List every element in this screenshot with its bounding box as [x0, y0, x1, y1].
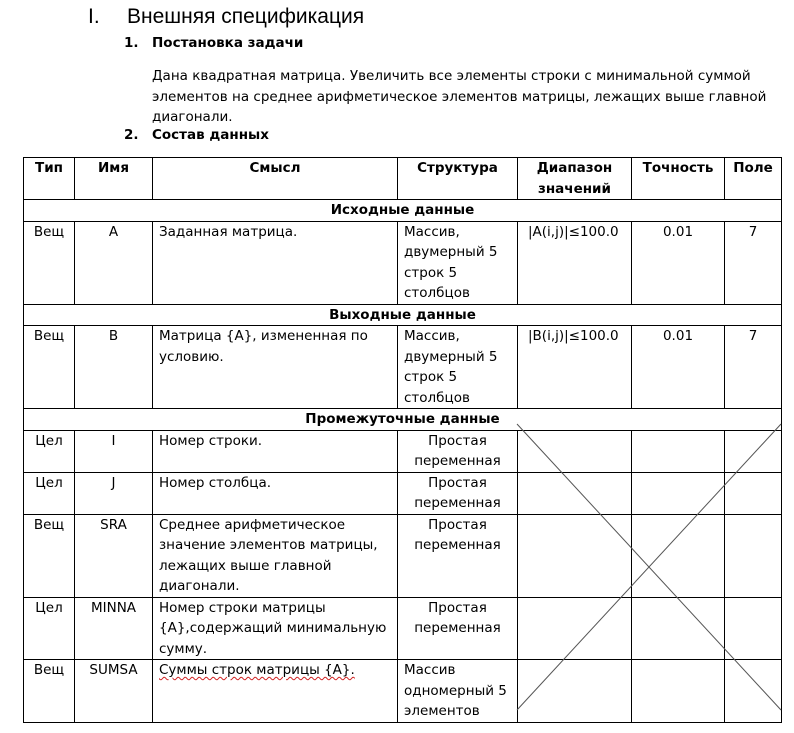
cell-range-empty	[518, 597, 632, 660]
cell-type: Вещ	[24, 514, 75, 597]
table-row: Вещ B Матрица {A}, измененная по условию…	[24, 326, 782, 409]
table-row: Вещ A Заданная матрица. Массив, двумерны…	[24, 221, 782, 304]
cell-range-empty	[518, 514, 632, 597]
cell-name: I	[75, 430, 153, 472]
cell-structure: Простая переменная	[398, 597, 518, 660]
spellcheck-underlined-text: Суммы строк матрицы {A}.	[159, 662, 355, 678]
cell-precision: 0.01	[632, 326, 725, 409]
cell-meaning: Номер строки.	[153, 430, 398, 472]
section-row-intermediate: Промежуточные данные	[24, 409, 782, 431]
cell-meaning: Суммы строк матрицы {A}.	[153, 660, 398, 723]
section-title: Постановка задачи	[152, 35, 303, 51]
table-row: Цел MINNA Номер строки матрицы {A},содер…	[24, 597, 782, 660]
cell-field: 7	[725, 221, 782, 304]
cell-type: Цел	[24, 472, 75, 514]
cell-structure: Простая переменная	[398, 430, 518, 472]
section-heading-task: 1.Постановка задачи	[124, 35, 303, 51]
section-heading-data: 2.Состав данных	[124, 127, 269, 143]
cell-precision-empty	[632, 597, 725, 660]
header-name: Имя	[75, 158, 153, 200]
cell-type: Цел	[24, 430, 75, 472]
cell-meaning: Номер столбца.	[153, 472, 398, 514]
cell-precision-empty	[632, 660, 725, 723]
cell-field-empty	[725, 660, 782, 723]
header-meaning: Смысл	[153, 158, 398, 200]
cell-type: Вещ	[24, 326, 75, 409]
cell-name: A	[75, 221, 153, 304]
section-row-input: Исходные данные	[24, 200, 782, 222]
cell-name: SRA	[75, 514, 153, 597]
cell-name: B	[75, 326, 153, 409]
data-spec-table: Тип Имя Смысл Структура Диапазон значени…	[23, 157, 782, 723]
section-title: Состав данных	[152, 127, 269, 143]
cell-range-empty	[518, 472, 632, 514]
cell-name: MINNA	[75, 597, 153, 660]
cell-precision: 0.01	[632, 221, 725, 304]
section-number: 1.	[124, 35, 152, 51]
cell-meaning: Среднее арифметическое значение элементо…	[153, 514, 398, 597]
table-row: Цел I Номер строки. Простая переменная	[24, 430, 782, 472]
cell-structure: Простая переменная	[398, 472, 518, 514]
table-row: Вещ SUMSA Суммы строк матрицы {A}. Масси…	[24, 660, 782, 723]
chapter-number: I.	[88, 5, 100, 29]
task-description: Дана квадратная матрица. Увеличить все э…	[152, 66, 772, 128]
table-row: Вещ SRA Среднее арифметическое значение …	[24, 514, 782, 597]
table-row: Цел J Номер столбца. Простая переменная	[24, 472, 782, 514]
cell-range: |B(i,j)|≤100.0	[518, 326, 632, 409]
header-field: Поле	[725, 158, 782, 200]
cell-range-empty	[518, 430, 632, 472]
header-structure: Структура	[398, 158, 518, 200]
cell-name: SUMSA	[75, 660, 153, 723]
cell-precision-empty	[632, 430, 725, 472]
header-range: Диапазон значений	[518, 158, 632, 200]
cell-meaning: Заданная матрица.	[153, 221, 398, 304]
cell-structure: Массив, двумерный 5 строк 5 столбцов	[398, 221, 518, 304]
header-type: Тип	[24, 158, 75, 200]
cell-type: Цел	[24, 597, 75, 660]
cell-name: J	[75, 472, 153, 514]
cell-field-empty	[725, 430, 782, 472]
cell-range-empty	[518, 660, 632, 723]
cell-field-empty	[725, 597, 782, 660]
header-precision: Точность	[632, 158, 725, 200]
cell-structure: Массив, двумерный 5 строк 5 столбцов	[398, 326, 518, 409]
cell-structure: Массив одномерный 5 элементов	[398, 660, 518, 723]
cell-field-empty	[725, 472, 782, 514]
cell-field-empty	[725, 514, 782, 597]
chapter-title: Внешняя спецификация	[127, 5, 364, 29]
cell-type: Вещ	[24, 221, 75, 304]
cell-precision-empty	[632, 514, 725, 597]
cell-structure: Простая переменная	[398, 514, 518, 597]
cell-field: 7	[725, 326, 782, 409]
cell-range: |A(i,j)|≤100.0	[518, 221, 632, 304]
section-number: 2.	[124, 127, 152, 143]
cell-meaning: Номер строки матрицы {A},содержащий мини…	[153, 597, 398, 660]
cell-type: Вещ	[24, 660, 75, 723]
section-row-output: Выходные данные	[24, 304, 782, 326]
table-header-row: Тип Имя Смысл Структура Диапазон значени…	[24, 158, 782, 200]
cell-precision-empty	[632, 472, 725, 514]
cell-meaning: Матрица {A}, измененная по условию.	[153, 326, 398, 409]
